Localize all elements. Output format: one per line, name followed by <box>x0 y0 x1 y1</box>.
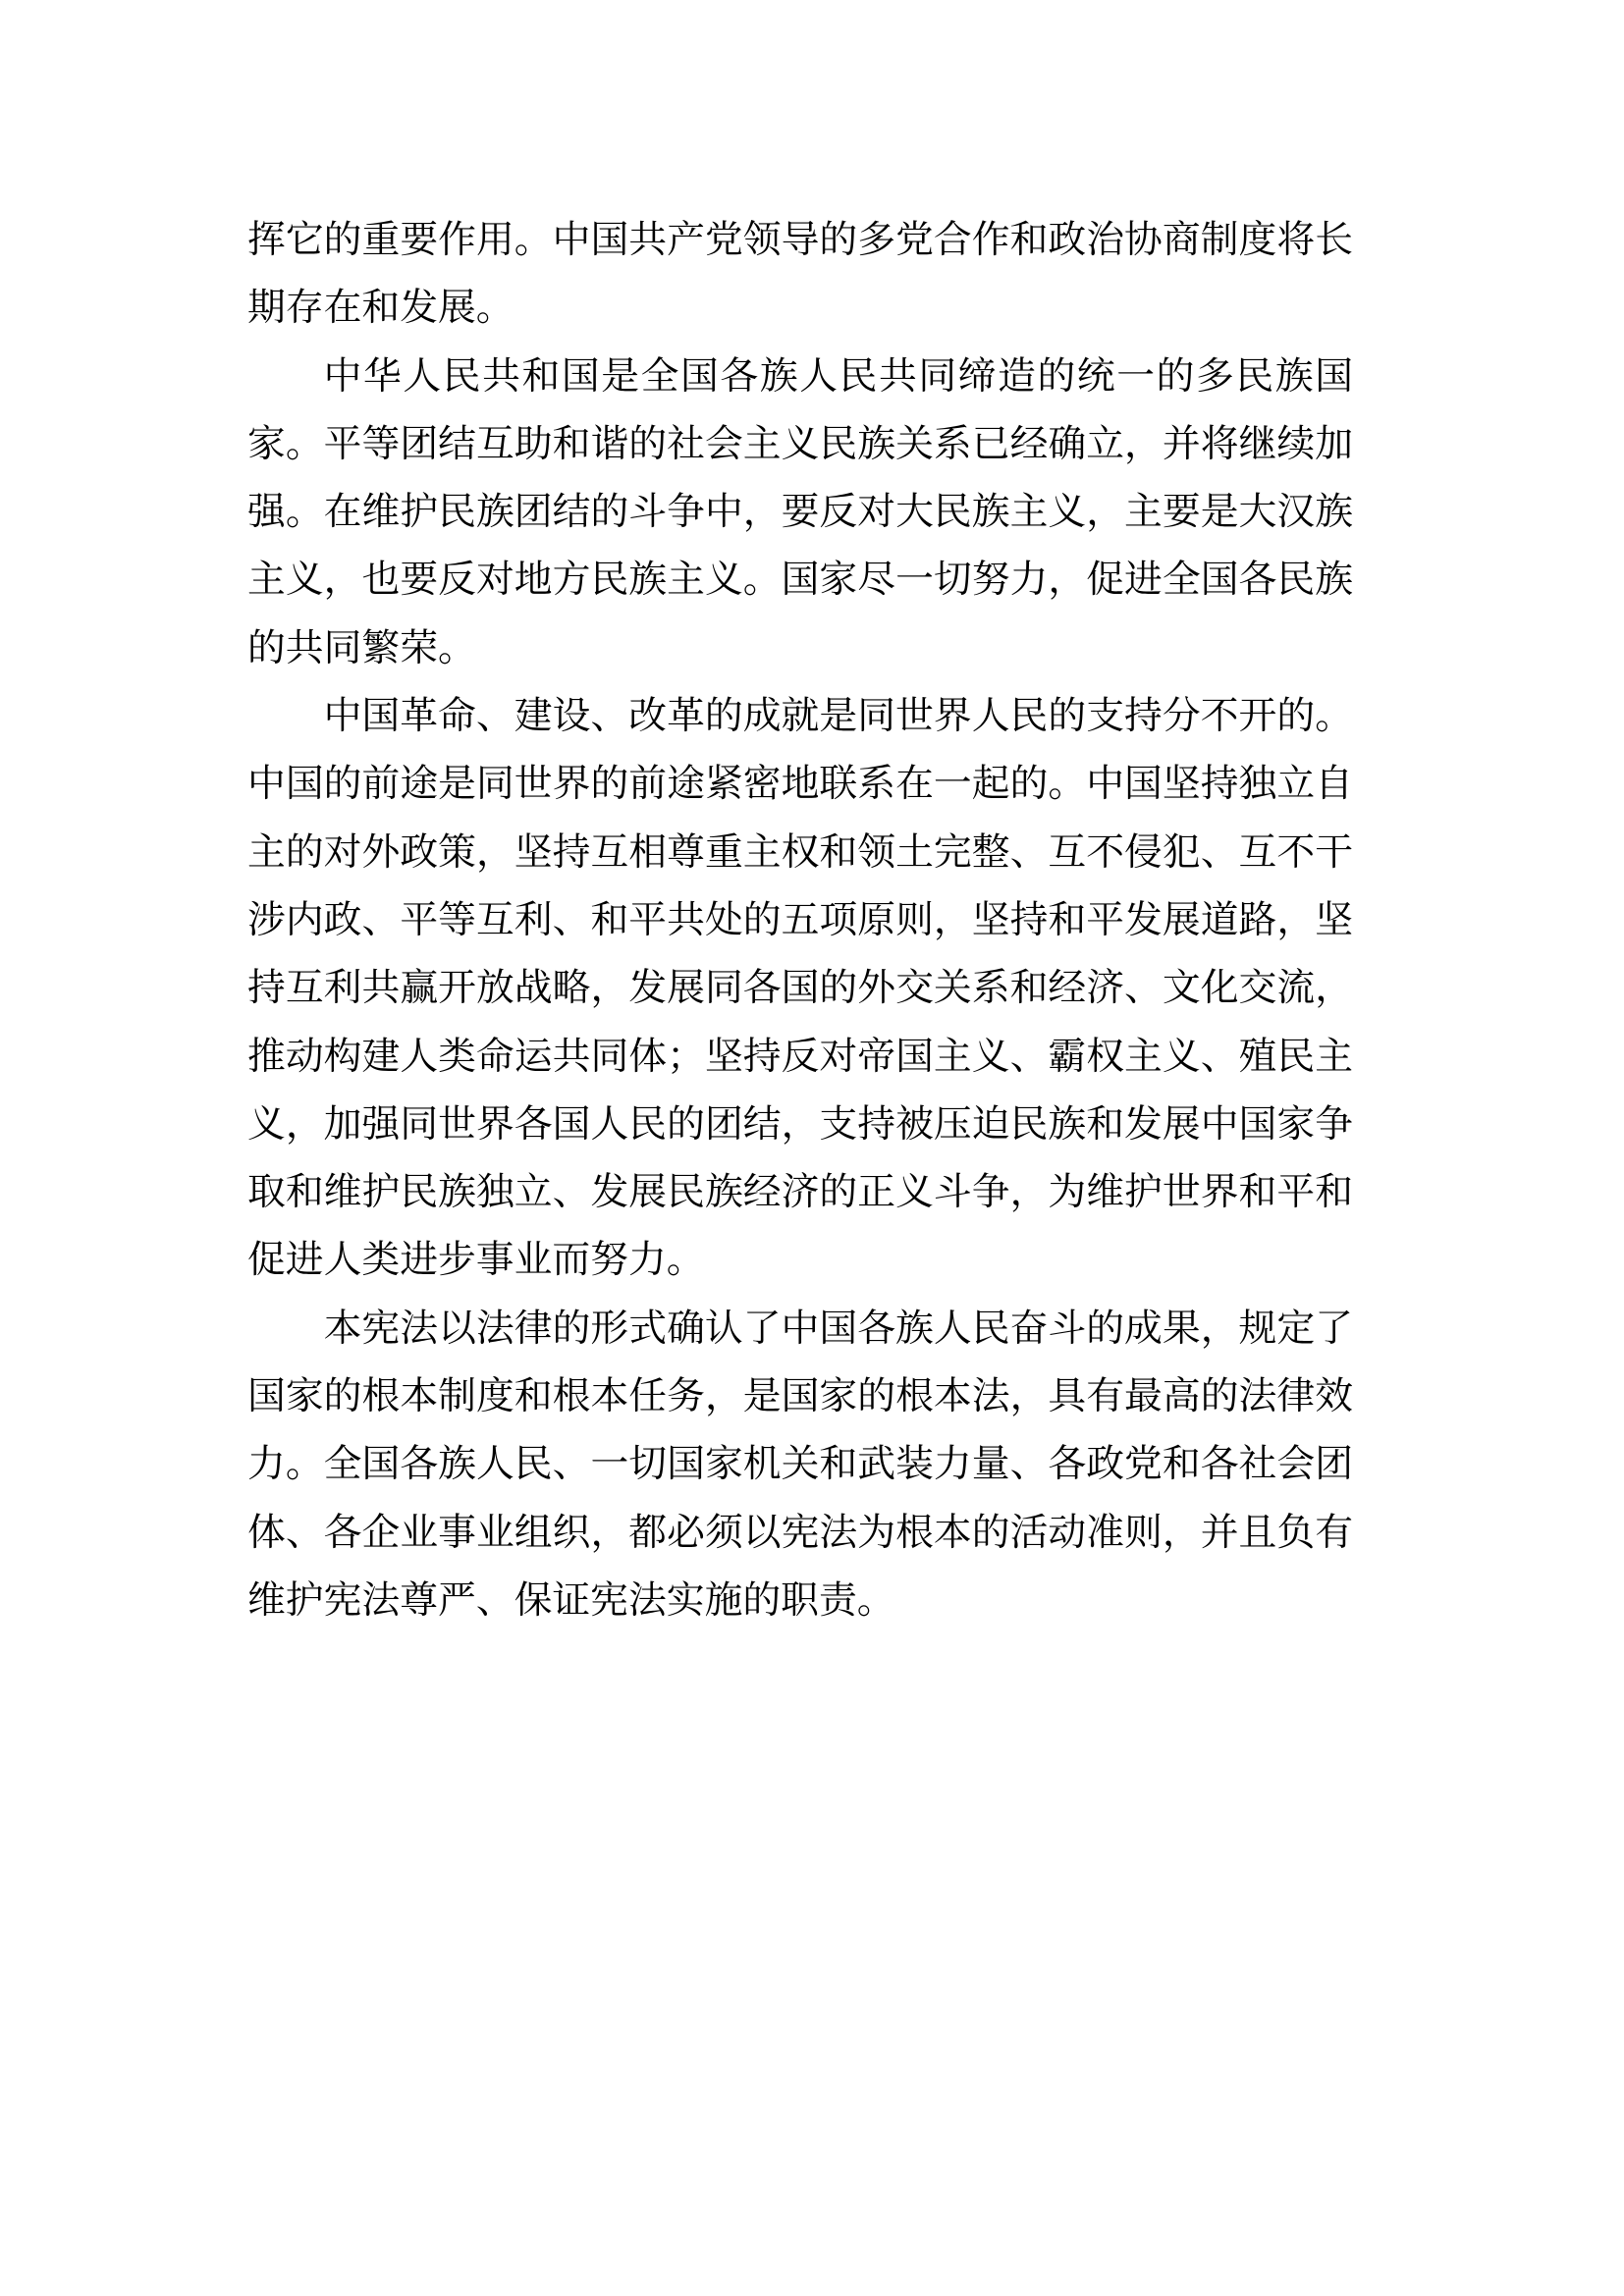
text-block: 挥它的重要作用。中国共产党领导的多党合作和政治协商制度将长期存在和发展。 中华人… <box>247 206 1353 1634</box>
paragraph-multiethnic-state: 中华人民共和国是全国各族人民共同缔造的统一的多民族国家。平等团结互助和谐的社会主… <box>247 343 1353 682</box>
paragraph-constitution-authority: 本宪法以法律的形式确认了中国各族人民奋斗的成果，规定了国家的根本制度和根本任务，… <box>247 1295 1353 1634</box>
document-page: 挥它的重要作用。中国共产党领导的多党合作和政治协商制度将长期存在和发展。 中华人… <box>0 0 1624 2296</box>
paragraph-continuation: 挥它的重要作用。中国共产党领导的多党合作和政治协商制度将长期存在和发展。 <box>247 206 1353 343</box>
paragraph-foreign-policy: 中国革命、建设、改革的成就是同世界人民的支持分不开的。中国的前途是同世界的前途紧… <box>247 682 1353 1295</box>
